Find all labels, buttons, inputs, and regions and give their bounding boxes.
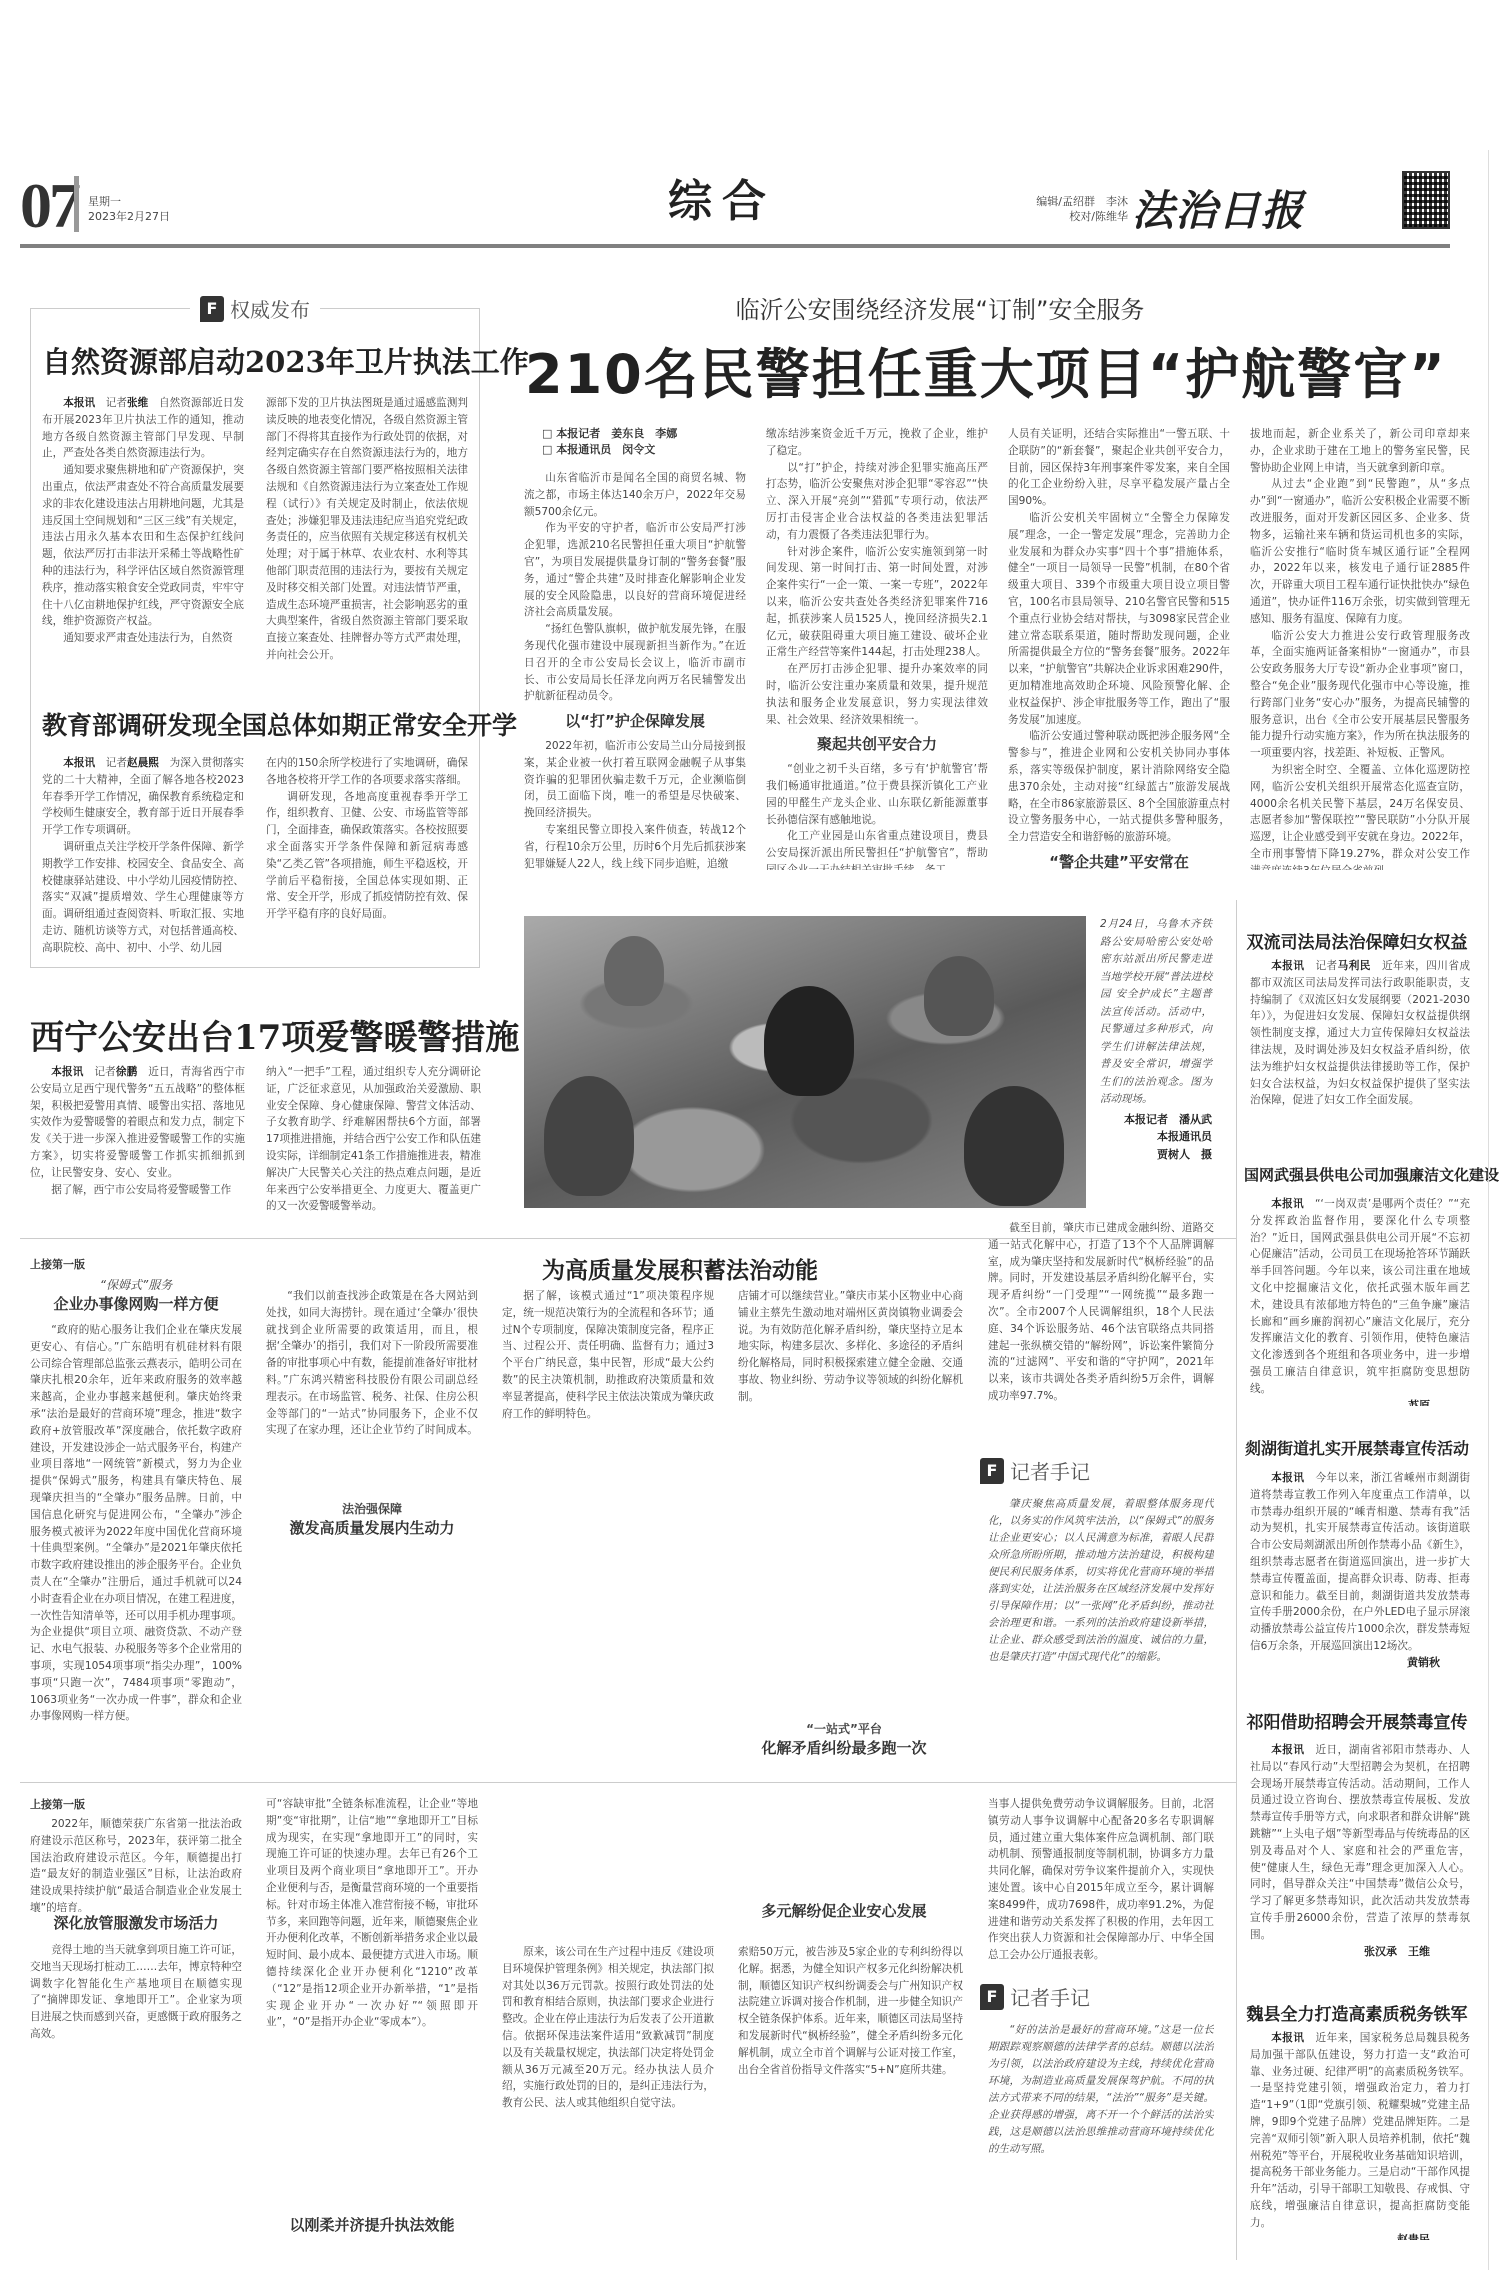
article-body-col2: 源部下发的卫片执法图斑是通过遥感监测判读反映的地表变化情况，各级自然资源主管部门… [266,395,468,677]
photo-caption: 2月24日，乌鲁木齐铁路公安局哈密公安处哈密东站派出所民警走进当地学校开展“普法… [1100,916,1212,1216]
editors: 编辑/孟绍群 李沐 [1000,194,1128,209]
article-body: 本报讯 近日，湖南省祁阳市禁毒办、人社局以“春风行动”大型招聘会为契机，在招聘会… [1250,1742,1470,1972]
lead-subhead: “警企共建”平安常在 [1008,854,1230,870]
section-badge-icon: F [980,1458,1004,1484]
lead-byline: □ 本报记者 姜东良 李娜 □ 本报通讯员 闵令文 [542,426,677,458]
article-body-col1: 本报讯 记者赵晨熙 为深入贯彻落实党的二十大精神，全面了解各地各校2023年春季… [42,755,244,955]
badge-label: 权威发布 [230,294,310,323]
story-col-3: 据了解，该模式通过“1”项决策程序规定，统一规范决策行为的全流程和各环节；通过N… [502,1288,714,1778]
article-headline[interactable]: 祁阳借助招聘会开展禁毒宣传 [1244,1708,1470,1733]
lead-headline[interactable]: 210名民警担任重大项目“护航警官” [525,332,1447,409]
article-body: 本报讯 今年以来，浙江省嵊州市剡湖街道将禁毒宣教工作列入年度重点工作清单，以市禁… [1250,1470,1470,1670]
page-number: 07 [20,174,78,238]
weekday: 星期一 [88,194,170,209]
article-headline[interactable]: 魏县全力打造高素质税务铁军 [1244,2000,1470,2025]
story-col-4: 索赔50万元，被告涉及5家企业的专利纠纷得以化解。据悉，为健全知识产权多元化纠纷… [738,1944,963,2264]
story-col-5: 当事人提供免费劳动争议调解服务。目前，北滘镇劳动人事争议调解中心配备20多名专职… [988,1796,1214,1966]
lead-col-4: 拔地而起，新企业系关了，新公司印章却来办，企业求助于建在工地上的警务室民警，民警… [1250,426,1470,870]
lead-subhead: 以“打”护企保障发展 [524,713,746,730]
newspaper-logo: 法治日报 [1132,178,1304,238]
lead-col-3: 人员有关证明，还结合实际推出“一警五联、十企联防”的“新套餐”，聚起企业共创平安… [1008,426,1230,870]
article-body-col1: 本报讯 记者徐鹏 近日，青海省西宁市公安局立足西宁现代警务“五五战略”的整体框架… [30,1064,245,1224]
article-headline[interactable]: 西宁公安出台17项爱警暖警措施 [30,1010,480,1059]
page-edge [1488,150,1489,2270]
story-col-1: “政府的贴心服务让我们企业在肇庆发展更安心、有信心。”广东皓明有机硅材料有限公司… [30,1322,242,1778]
article-body: 本报讯 “‘一岗双责’是哪两个责任？”“充分发挥政治监督作用，要深化什么专项整治… [1250,1196,1470,1406]
section-badge-icon: F [980,1984,1004,2010]
lead-kicker: 临沂公安围绕经济发展“订制”安全服务 [620,290,1260,325]
story-section-heading: 法治强保障 激发高质量发展内生动力 [266,1500,478,1538]
article-body: 本报讯 记者马利民 近年来，四川省成都市双流区司法局发挥司法行政职能职责，支持编… [1250,958,1470,1128]
article-headline[interactable]: 双流司法局法治保障妇女权益 [1244,928,1470,953]
article-headline[interactable]: 教育部调研发现全国总体如期正常安全开学 [42,706,468,742]
article-headline[interactable]: 剡湖街道扎实开展禁毒宣传活动 [1244,1436,1470,1459]
masthead-divider [74,176,79,232]
masthead-rule [20,244,1450,248]
news-photo[interactable] [524,916,1086,1208]
continued-label: 上接第一版 [30,1796,85,1812]
section-title: 综合 [668,165,776,229]
story-headline[interactable]: 为高质量发展积蓄法治动能 [440,1252,920,1285]
column-rule [1236,900,1237,2260]
story-col-2: “我们以前查找涉企政策是在各大网站到处找，如同大海捞针。现在通过‘全肇办’很快就… [266,1288,478,1488]
date: 2023年2月27日 [88,209,170,224]
story-col-5: 截至目前，肇庆市已建成金融纠纷、道路交通一站式化解中心，打造了13个个人品牌调解… [988,1220,1214,1420]
continued-label: 上接第一版 [30,1256,85,1272]
lead-col-1: 山东省临沂市是闻名全国的商贸名城、物流之都，市场主体达140余万户，2022年交… [524,470,746,870]
lead-col-2: 缴冻结涉案资金近千万元，挽救了企业，维护了稳定。 以“打”护企，持续对涉企犯罪实… [766,426,988,870]
story-section-heading: 深化放管服激发市场活力 [30,1912,242,1933]
badge-label: 记者手记 [1010,1456,1090,1485]
article-body-col1: 本报讯 记者张维 自然资源部近日发布开展2023年卫片执法工作的通知，推动地方各… [42,395,244,677]
story-col-2: 可“容缺审批”全链条标准流程，让企业“等地期”变“审批期”，让信“地”“拿地即开… [266,1796,478,2196]
story-col-1: 2022年，顺德荣获广东省第一批法治政府建设示范区称号，2023年，获评第二批全… [30,1816,242,1912]
article-body-col2: 纳入“一把手”工程，通过组织专人充分调研论证，广泛征求意见，从加强政治关爱激励、… [266,1064,481,1224]
article-body-col2: 在内的150余所学校进行了实地调研，确保各地各校将开学工作的各项要求落实落细。 … [266,755,468,955]
section-rule [20,1782,1236,1783]
lead-subhead: 聚起共创平安合力 [766,736,988,753]
story-col-1b: 竞得土地的当天就拿到项目施工许可证，交地当天现场打桩动工……去年，博京特种空调数… [30,1942,242,2272]
editor-credits: 编辑/孟绍群 李沐 校对/陈维华 [1000,194,1128,224]
story-sub-heading: “保姆式”服务 企业办事像网购一样方便 [30,1276,242,1314]
story-section-heading: 多元解纷促企业安心发展 [738,1900,950,1921]
story-col-3: 原来，该公司在生产过程中违反《建设项目环境保护管理条例》相关规定，执法部门拟对其… [502,1944,714,2264]
story-col-4: 店铺才可以继续营业。”肇庆市某小区物业中心商铺业主蔡先生激动地对端州区黄岗镇物业… [738,1288,963,1708]
reporter-note-text: “好的法治是最好的营商环境。”这是一位长期跟踪观察顺德的法律学者的总结。顺德以法… [988,2022,1214,2262]
article-headline[interactable]: 国网武强县供电公司加强廉洁文化建设 [1244,1164,1470,1185]
reporter-note-badge: F 记者手记 [980,1982,1090,2011]
reporter-note-text: 肇庆聚焦高质量发展，着眼整体服务现代化，以务实的作风筑牢法治，以“保姆式”的服务… [988,1496,1214,1782]
proofreader: 校对/陈维华 [1000,209,1128,224]
qr-code-icon[interactable] [1402,171,1450,229]
issue-date: 星期一 2023年2月27日 [88,194,170,224]
badge-label: 记者手记 [1010,1982,1090,2011]
authority-badge: F 权威发布 [190,294,320,323]
reporter-note-badge: F 记者手记 [980,1456,1090,1485]
section-badge-icon: F [200,296,224,322]
article-body: 本报讯 近年来，国家税务总局魏县税务局加强干部队伍建设，努力打造一支“政治可靠、… [1250,2030,1470,2240]
story-section-heading: “一站式”平台 化解矛盾纠纷最多跑一次 [738,1720,950,1758]
article-headline[interactable]: 自然资源部启动2023年卫片执法工作 [42,340,468,381]
story-section-heading: 以刚柔并济提升执法效能 [266,2214,478,2235]
